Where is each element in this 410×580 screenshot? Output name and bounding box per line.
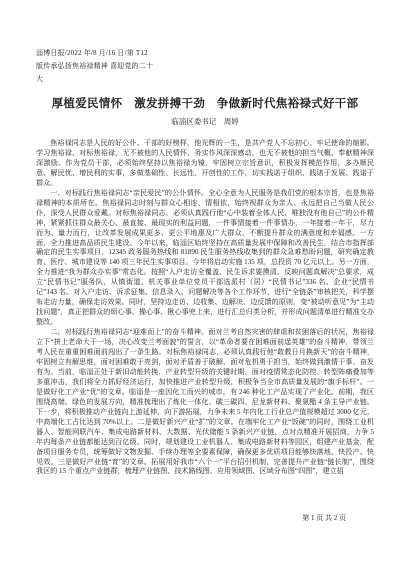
body-paragraph-2: 一、对标践行焦裕禄同志“亲民爱民”的公仆情怀。全心全意为人民服务是我们党的根本宗… [36,189,374,328]
article-title: 厚植爱民情怀 激发拼搏干劲 争做新时代焦裕禄式好干部 [0,95,410,111]
page-number-footer: 第 1 页 共 2 页 [302,513,346,523]
document-page: 淄博日报/2022 年/8 月/16 日/第 T12 版传承弘扬焦裕禄精神 喜迎… [0,0,410,580]
citation-line-3: 大 [36,73,153,86]
body-paragraph-1: 焦裕禄同志是人民的好公仆、干部的好榜样，他光辉的一生，是共产党人不忘初心、牢记使… [36,139,374,189]
citation-header: 淄博日报/2022 年/8 月/16 日/第 T12 版传承弘扬焦裕禄精神 喜迎… [36,47,153,86]
article-body: 焦裕禄同志是人民的好公仆、干部的好榜样，他光辉的一生，是共产党人不忘初心、牢记使… [36,139,374,477]
article-byline: 临淄区委书记 周婷 [0,116,410,127]
citation-line-1: 淄博日报/2022 年/8 月/16 日/第 T12 [36,47,153,60]
body-paragraph-3: 二、对标践行焦裕禄同志“迎难而上”的奋斗精神。面对兰考自然灾害的肆虐和贫困落后的… [36,328,374,477]
citation-line-2: 版传承弘扬焦裕禄精神 喜迎党的二十 [36,60,153,73]
